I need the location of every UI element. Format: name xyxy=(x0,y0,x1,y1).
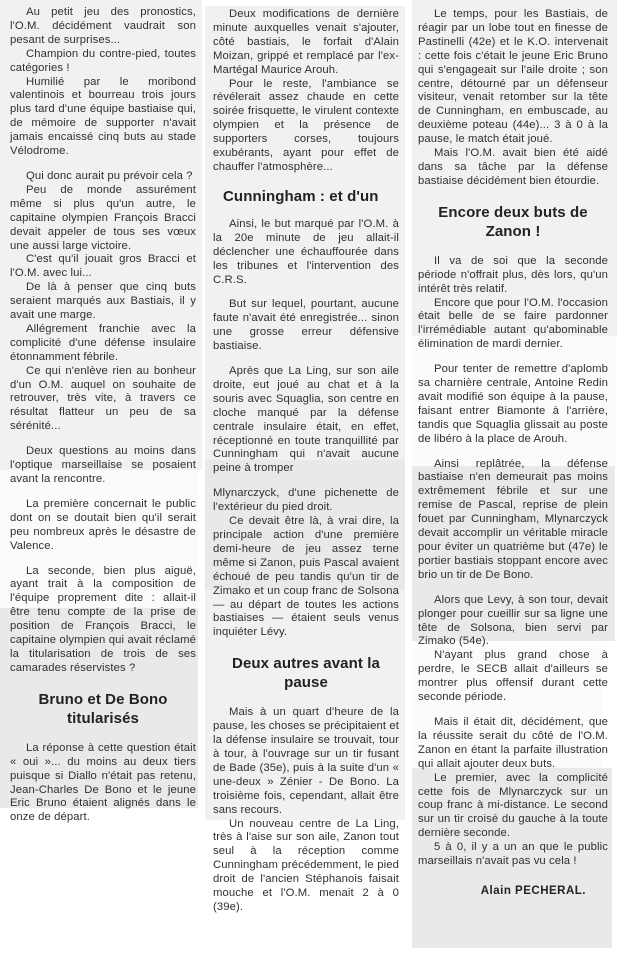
paragraph: Un nouveau centre de La Ling, très à l'a… xyxy=(213,818,399,915)
paragraph: La réponse à cette question était « oui … xyxy=(10,742,196,825)
paragraph: Pour tenter de remettre d'aplomb sa char… xyxy=(418,363,608,446)
paragraph: Ce qui n'enlève rien au bonheur d'un O.M… xyxy=(10,365,196,435)
paragraph: Encore que pour l'O.M. l'occasion était … xyxy=(418,297,608,353)
subheading-cunningham: Cunningham : et d'un xyxy=(223,187,399,206)
paragraph: Humilié par le moribond valentinois et b… xyxy=(10,76,196,159)
paragraph: Deux modifications de dernière minute au… xyxy=(213,8,399,78)
paragraph: 5 à 0, il y a un an que le public marsei… xyxy=(418,841,608,869)
paragraph: N'ayant plus grand chose à perdre, le SE… xyxy=(418,649,608,705)
paragraph: Champion du contre-pied, toutes catégori… xyxy=(10,48,196,76)
paragraph: Au petit jeu des pronostics, l'O.M. déci… xyxy=(10,6,196,48)
paragraph: La seconde, bien plus aiguë, ayant trait… xyxy=(10,565,196,676)
paragraph: Alors que Levy, à son tour, devait plong… xyxy=(418,594,608,650)
paragraph: Après que La Ling, sur son aile droite, … xyxy=(213,365,399,476)
author-signature: Alain PECHERAL. xyxy=(418,885,608,899)
paragraph: De là à penser que cinq buts seraient ma… xyxy=(10,281,196,323)
paragraph: Peu de monde assurément même si plus qu'… xyxy=(10,184,196,254)
paragraph: Qui donc aurait pu prévoir cela ? xyxy=(10,170,196,184)
paragraph: Ainsi, le but marqué par l'O.M. à la 20e… xyxy=(213,218,399,288)
subheading-encore-deux-buts: Encore deux buts de Zanon ! xyxy=(418,203,608,241)
paragraph: Mais l'O.M. avait bien été aidé dans sa … xyxy=(418,147,608,189)
paragraph: Ce devait être là, à vrai dire, la princ… xyxy=(213,515,399,640)
paragraph: Ainsi replâtrée, la défense bastiaise n'… xyxy=(418,458,608,583)
paragraph: Mais il était dit, décidément, que la ré… xyxy=(418,716,608,772)
paragraph: Mais à un quart d'heure de la pause, les… xyxy=(213,706,399,817)
subheading-deux-autres: Deux autres avant la pause xyxy=(213,654,399,692)
paragraph: C'est qu'il jouait gros Bracci et l'O.M.… xyxy=(10,253,196,281)
paragraph: But sur lequel, pourtant, aucune faute n… xyxy=(213,298,399,354)
paragraph: Il va de soi que la seconde période n'of… xyxy=(418,255,608,297)
paragraph: Le premier, avec la complicité cette foi… xyxy=(418,772,608,842)
paragraph: Le temps, pour les Bastiais, de réagir p… xyxy=(418,8,608,147)
paragraph: Deux questions au moins dans l'optique m… xyxy=(10,445,196,487)
paragraph: Pour le reste, l'ambiance se révélerait … xyxy=(213,78,399,175)
subheading-bruno-de-bono: Bruno et De Bono titularisés xyxy=(10,690,196,728)
paragraph: La première concernait le public dont on… xyxy=(10,498,196,554)
paragraph: Mlynarczyck, d'une pichenette de l'extér… xyxy=(213,487,399,515)
paragraph: Allégrement franchie avec la complicité … xyxy=(10,323,196,365)
